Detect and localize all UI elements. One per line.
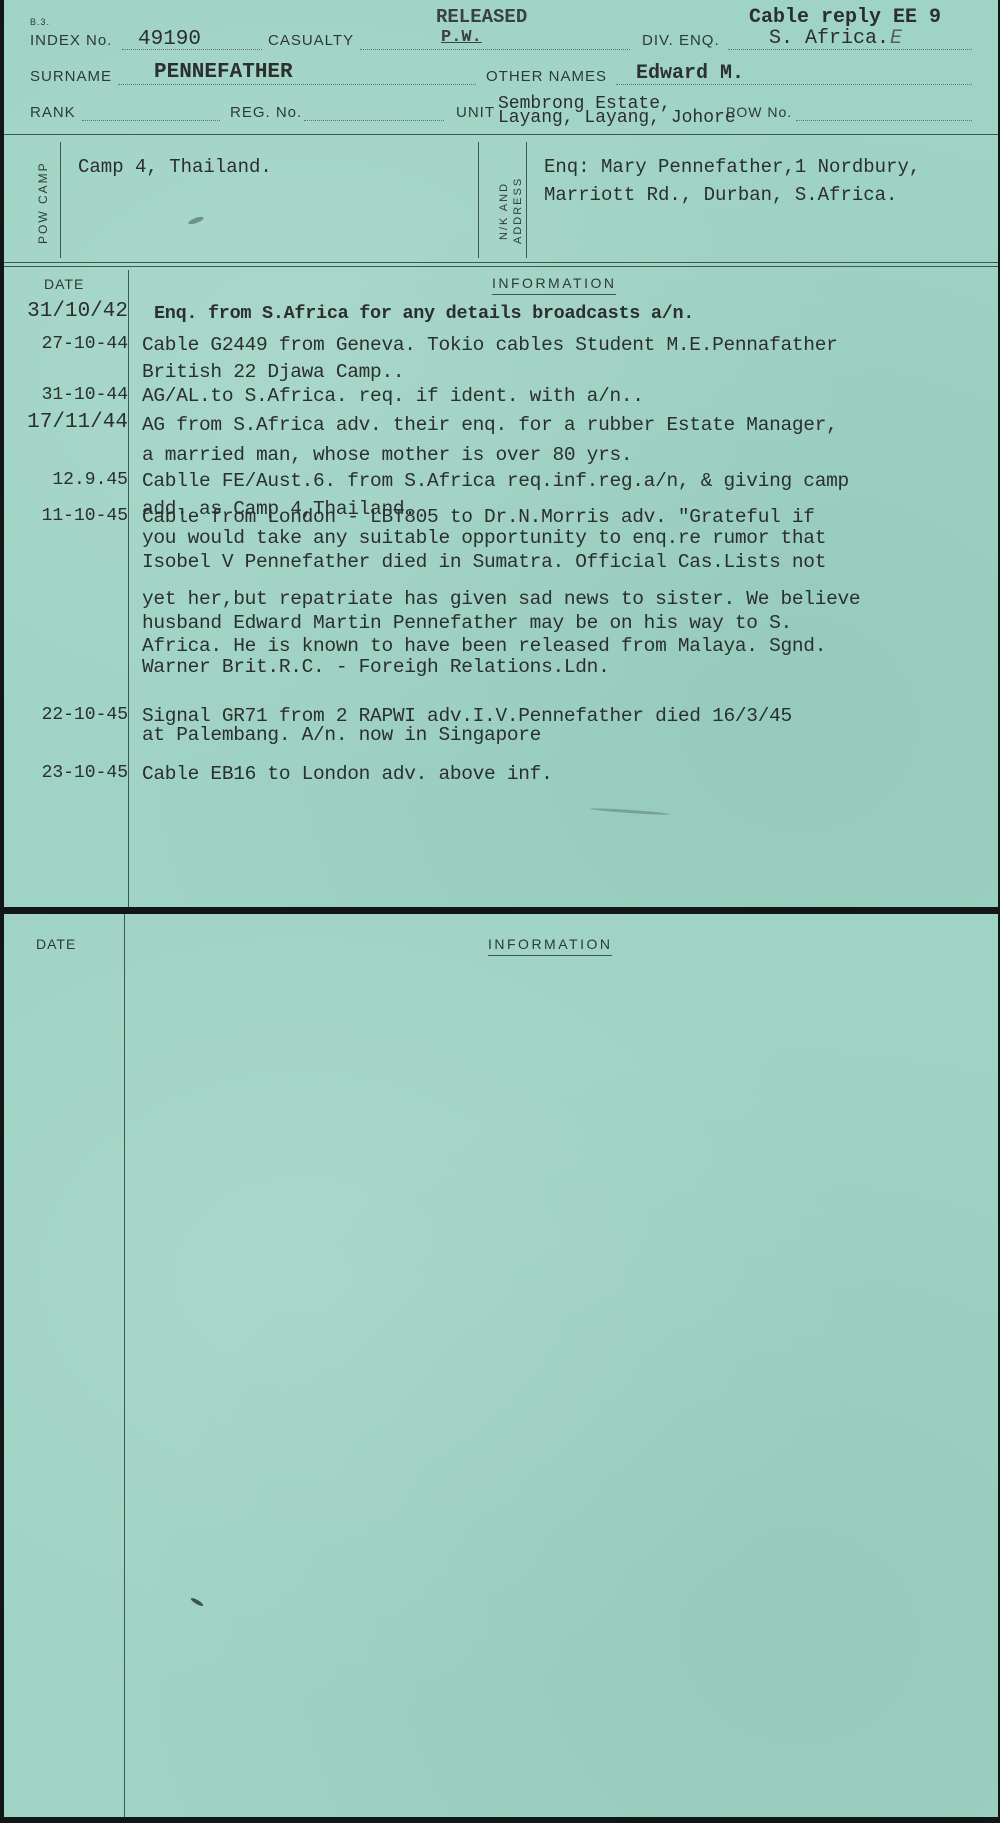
entry-text-line: Warner Brit.R.C. - Foreigh Relations.Ldn… (142, 656, 609, 678)
index-no-label: INDEX No. (30, 32, 112, 49)
entry-text-line: yet her,but repatriate has given sad new… (142, 588, 860, 610)
pow-no-label: POW No. (726, 104, 792, 120)
address-label: ADDRESS (512, 177, 524, 244)
rank-dots (82, 120, 220, 121)
casualty-label: CASUALTY (268, 32, 354, 49)
nk-right-divider (526, 142, 527, 258)
section-divider-2 (4, 266, 998, 267)
section-divider-1 (4, 262, 998, 263)
form-code: B.3. (30, 17, 50, 27)
entry-text-line: a married man, whose mother is over 80 y… (142, 444, 632, 466)
nk-and-label: N/K AND (498, 182, 510, 240)
entry-date: 27-10-44 (10, 334, 128, 354)
entry-text-line: British 22 Djawa Camp.. (142, 361, 404, 383)
nk-left-divider (478, 142, 479, 258)
index-card-back: DATE INFORMATION (4, 914, 998, 1817)
entry-text-line: husband Edward Martin Pennefather may be… (142, 612, 792, 634)
pow-camp-label: POW CAMP (36, 161, 50, 244)
entry-date: 11-10-45 (10, 506, 128, 526)
entry-date: 31-10-44 (10, 385, 128, 405)
div-enq-label: DIV. ENQ. (642, 32, 720, 49)
entry-text-line: at Palembang. A/n. now in Singapore (142, 724, 541, 746)
entry-text-line: Cable EB16 to London adv. above inf. (142, 763, 552, 785)
reg-no-dots (304, 120, 444, 121)
date-column-header: DATE (36, 936, 76, 952)
surname-value: PENNEFATHER (154, 61, 293, 84)
released-stamp: RELEASED (436, 6, 527, 28)
date-column-divider (128, 270, 129, 907)
entry-date: 23-10-45 (10, 763, 128, 783)
ink-smudge (188, 215, 205, 225)
entry-date: 31/10/42 (10, 300, 128, 323)
entry-text-line: Cable G2449 from Geneva. Tokio cables St… (142, 334, 838, 356)
cable-reply-note: Cable reply EE 9 (749, 6, 941, 29)
unit-label: UNIT (456, 104, 495, 121)
ink-mark (190, 1597, 204, 1607)
header-divider (4, 134, 998, 135)
entry-text-line: AG/AL.to S.Africa. req. if ident. with a… (142, 385, 644, 407)
index-card-front: B.3. INDEX No. 49190 CASUALTY RELEASED P… (4, 0, 998, 907)
rank-label: RANK (30, 104, 76, 121)
pencil-mark (590, 807, 670, 816)
entry-text-line: Enq. from S.Africa for any details broad… (154, 303, 694, 324)
div-enq-value: S. Africa. (769, 27, 889, 50)
casualty-value: P.W. (441, 28, 482, 47)
entry-text-line: Africa. He is known to have been release… (142, 635, 826, 657)
index-no-value: 49190 (138, 28, 201, 51)
date-column-divider (124, 914, 125, 1817)
other-names-label: OTHER NAMES (486, 68, 607, 85)
nk-address-line1: Enq: Mary Pennefather,1 Nordbury, (544, 156, 920, 178)
other-names-value: Edward M. (636, 62, 744, 85)
information-column-header: INFORMATION (488, 936, 612, 956)
entry-date: 12.9.45 (10, 470, 128, 490)
entry-text-line: you would take any suitable opportunity … (142, 527, 826, 549)
information-column-header: INFORMATION (492, 275, 616, 295)
surname-dots (118, 84, 476, 85)
entry-text-line: Cablle FE/Aust.6. from S.Africa req.inf.… (142, 470, 849, 492)
entry-text-line: Isobel V Pennefather died in Sumatra. Of… (142, 551, 826, 573)
pow-camp-divider (60, 142, 61, 258)
casualty-dots (360, 49, 630, 50)
entry-date: 17/11/44 (10, 411, 128, 434)
pow-no-dots (796, 120, 972, 121)
entry-date: 22-10-45 (10, 705, 128, 725)
pow-camp-value: Camp 4, Thailand. (78, 156, 272, 178)
reg-no-label: REG. No. (230, 104, 302, 121)
entry-text-line: Cable from London - LBT805 to Dr.N.Morri… (142, 506, 815, 528)
div-enq-mark: E (890, 27, 902, 50)
surname-label: SURNAME (30, 68, 112, 85)
nk-address-line2: Marriott Rd., Durban, S.Africa. (544, 184, 897, 206)
entry-text-line: AG from S.Africa adv. their enq. for a r… (142, 414, 838, 436)
unit-value-line2: Layang, Layang, Johore (498, 108, 736, 128)
date-column-header: DATE (44, 276, 84, 292)
